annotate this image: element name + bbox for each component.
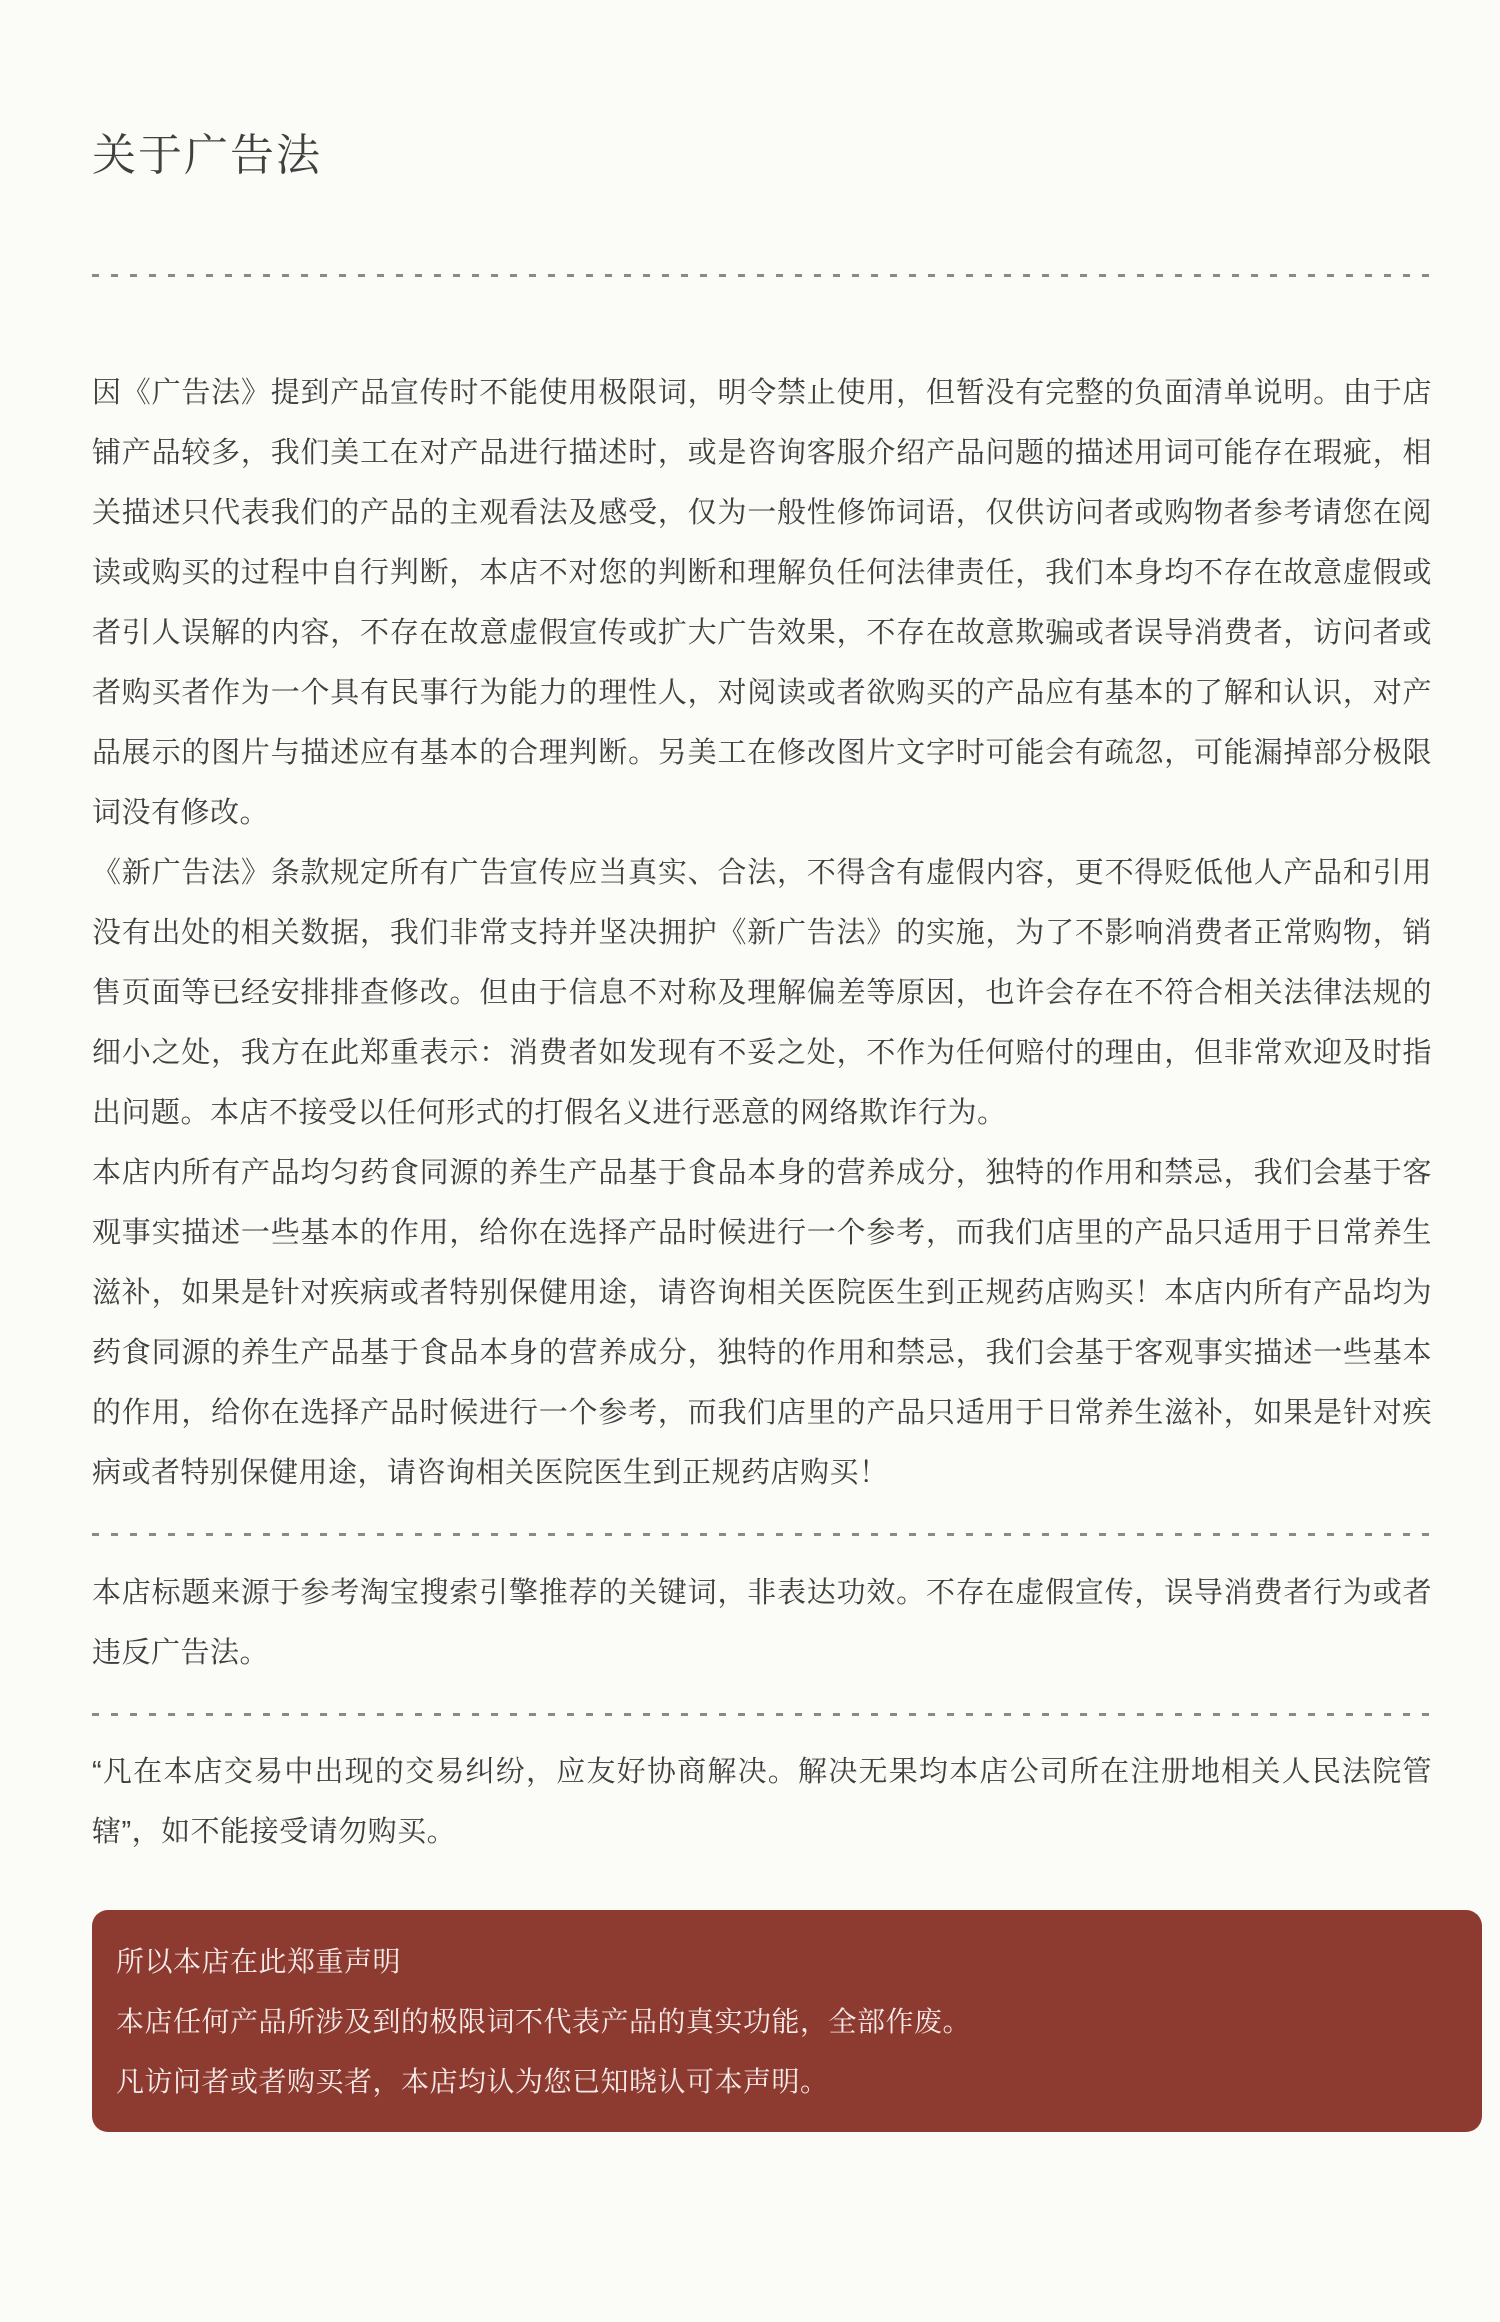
declaration-line-1: 本店任何产品所涉及到的极限词不代表产品的真实功能，全部作废。: [116, 1992, 1452, 2052]
keyword-note: 本店标题来源于参考淘宝搜索引擎推荐的关键词，非表达功效。不存在虚假宣传，误导消费…: [92, 1563, 1432, 1683]
dispute-note: “凡在本店交易中出现的交易纠纷，应友好协商解决。解决无果均本店公司所在注册地相关…: [92, 1742, 1432, 1862]
declaration-box: 所以本店在此郑重声明 本店任何产品所涉及到的极限词不代表产品的真实功能，全部作废…: [92, 1910, 1482, 2132]
page-title: 关于广告法: [92, 0, 1432, 182]
dispute-note-text: “凡在本店交易中出现的交易纠纷，应友好协商解决。解决无果均本店公司所在注册地相关…: [92, 1742, 1432, 1862]
dashed-divider-top: [92, 274, 1432, 277]
paragraph-new-ad-law: 《新广告法》条款规定所有广告宣传应当真实、合法，不得含有虚假内容，更不得贬低他人…: [92, 843, 1432, 1143]
keyword-note-text: 本店标题来源于参考淘宝搜索引擎推荐的关键词，非表达功效。不存在虚假宣传，误导消费…: [92, 1563, 1432, 1683]
advertising-law-page: 关于广告法 因《广告法》提到产品宣传时不能使用极限词，明令禁止使用，但暂没有完整…: [92, 0, 1432, 2132]
declaration-line-2: 凡访问者或者购买者，本店均认为您已知晓认可本声明。: [116, 2052, 1452, 2112]
declaration-heading: 所以本店在此郑重声明: [116, 1932, 1452, 1992]
disclaimer-body: 因《广告法》提到产品宣传时不能使用极限词，明令禁止使用，但暂没有完整的负面清单说…: [92, 363, 1432, 1503]
dashed-divider-middle: [92, 1533, 1432, 1536]
paragraph-health-products: 本店内所有产品均匀药食同源的养生产品基于食品本身的营养成分，独特的作用和禁忌，我…: [92, 1143, 1432, 1503]
dashed-divider-bottom: [92, 1713, 1432, 1716]
paragraph-ad-law-terms: 因《广告法》提到产品宣传时不能使用极限词，明令禁止使用，但暂没有完整的负面清单说…: [92, 363, 1432, 843]
